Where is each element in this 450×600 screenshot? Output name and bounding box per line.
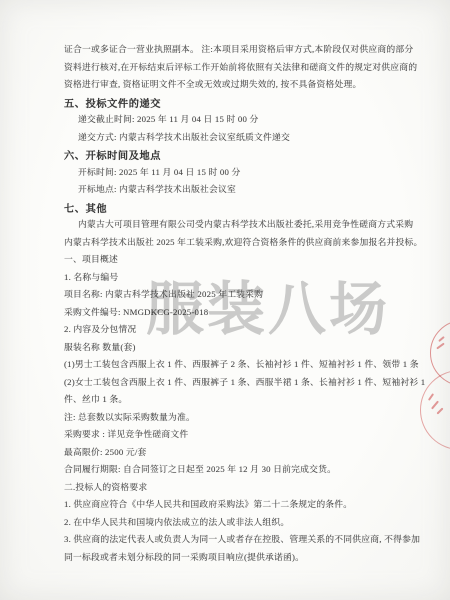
scanned-document-page: 证合一或多证合一营业执照副本。 注:本项目采用资格后审方式,本阶段仅对供应商的部… <box>0 0 450 600</box>
document-line: 资料进行核对,在开标结束后评标工作开始前将依照有关法律和磋商文件的规定对供应商的 <box>64 60 400 78</box>
document-line: 1. 供应商应符合《中华人民共和国政府采购法》第二十二条规定的条件。 <box>64 497 400 515</box>
document-line: 七、其他 <box>64 200 400 218</box>
document-line: 一、项目概述 <box>64 252 400 270</box>
document-line: 服装名称 数量(套) <box>64 340 400 358</box>
document-line: 五、投标文件的递交 <box>64 95 400 113</box>
document-line: 合同履行期限: 自合同签订之日起至 2025 年 12 月 30 日前完成交货。 <box>64 462 400 480</box>
document-line: 内蒙古科学技术出版社 2025 年工装采购,欢迎符合资格条件的供应商前来参加报名… <box>64 235 400 253</box>
document-line: 项目名称: 内蒙古科学技术出版社 2025 年工装采购 <box>64 287 400 305</box>
document-line: 递交截止时间: 2025 年 11 月 04 日 15 时 00 分 <box>64 112 400 130</box>
document-line: 采购要求 : 详见竞争性磋商文件 <box>64 427 400 445</box>
document-line: 递交方式: 内蒙古科学技术出版社会议室纸质文件递交 <box>64 130 400 148</box>
document-line: 开标时间: 2025 年 11 月 04 日 15 时 00 分 <box>64 165 400 183</box>
document-line: 采购文件编号: NMGDKCG-2025-018 <box>64 305 400 323</box>
document-line: 六、开标时间及地点 <box>64 147 400 165</box>
document-line: 开标地点: 内蒙古科学技术出版社会议室 <box>64 182 400 200</box>
document-line: 注: 总套数以实际采购数量为准。 <box>64 410 400 428</box>
document-line: 2. 在中华人民共和国境内依法成立的法人或非法人组织。 <box>64 515 400 533</box>
document-lines: 证合一或多证合一营业执照副本。 注:本项目采用资格后审方式,本阶段仅对供应商的部… <box>64 42 400 567</box>
document-line: (2)女士工装包含西服上衣 1 件、西服裤子 1 条、西服半裙 1 条、长袖衬衫… <box>64 375 400 393</box>
document-line: 同一标段或者未划分标段的同一采购项目响应(提供承诺函)。 <box>64 550 400 568</box>
document-line: 资格进行审查, 资格证明文件不全或无效或过期失效的, 按不具备资格处理。 <box>64 77 400 95</box>
document-line: (1)男士工装包含西服上衣 1 件、西服裤子 2 条、长袖衬衫 1 件、短袖衬衫… <box>64 357 400 375</box>
document-line: 二.投标人的资格要求 <box>64 480 400 498</box>
document-line: 1. 名称与编号 <box>64 270 400 288</box>
document-line: 内蒙古大可项目管理有限公司受内蒙古科学技术出版社委托,采用竞争性磋商方式采购 <box>64 217 400 235</box>
document-line: 件、丝巾 1 条。 <box>64 392 400 410</box>
document-line: 2. 内容及分包情况 <box>64 322 400 340</box>
document-line: 3. 供应商的法定代表人或负责人为同一人或者存在控股、管理关系的不同供应商, 不… <box>64 532 400 550</box>
document-line: 最高限价: 2500 元/套 <box>64 445 400 463</box>
document-line: 证合一或多证合一营业执照副本。 注:本项目采用资格后审方式,本阶段仅对供应商的部… <box>64 42 400 60</box>
